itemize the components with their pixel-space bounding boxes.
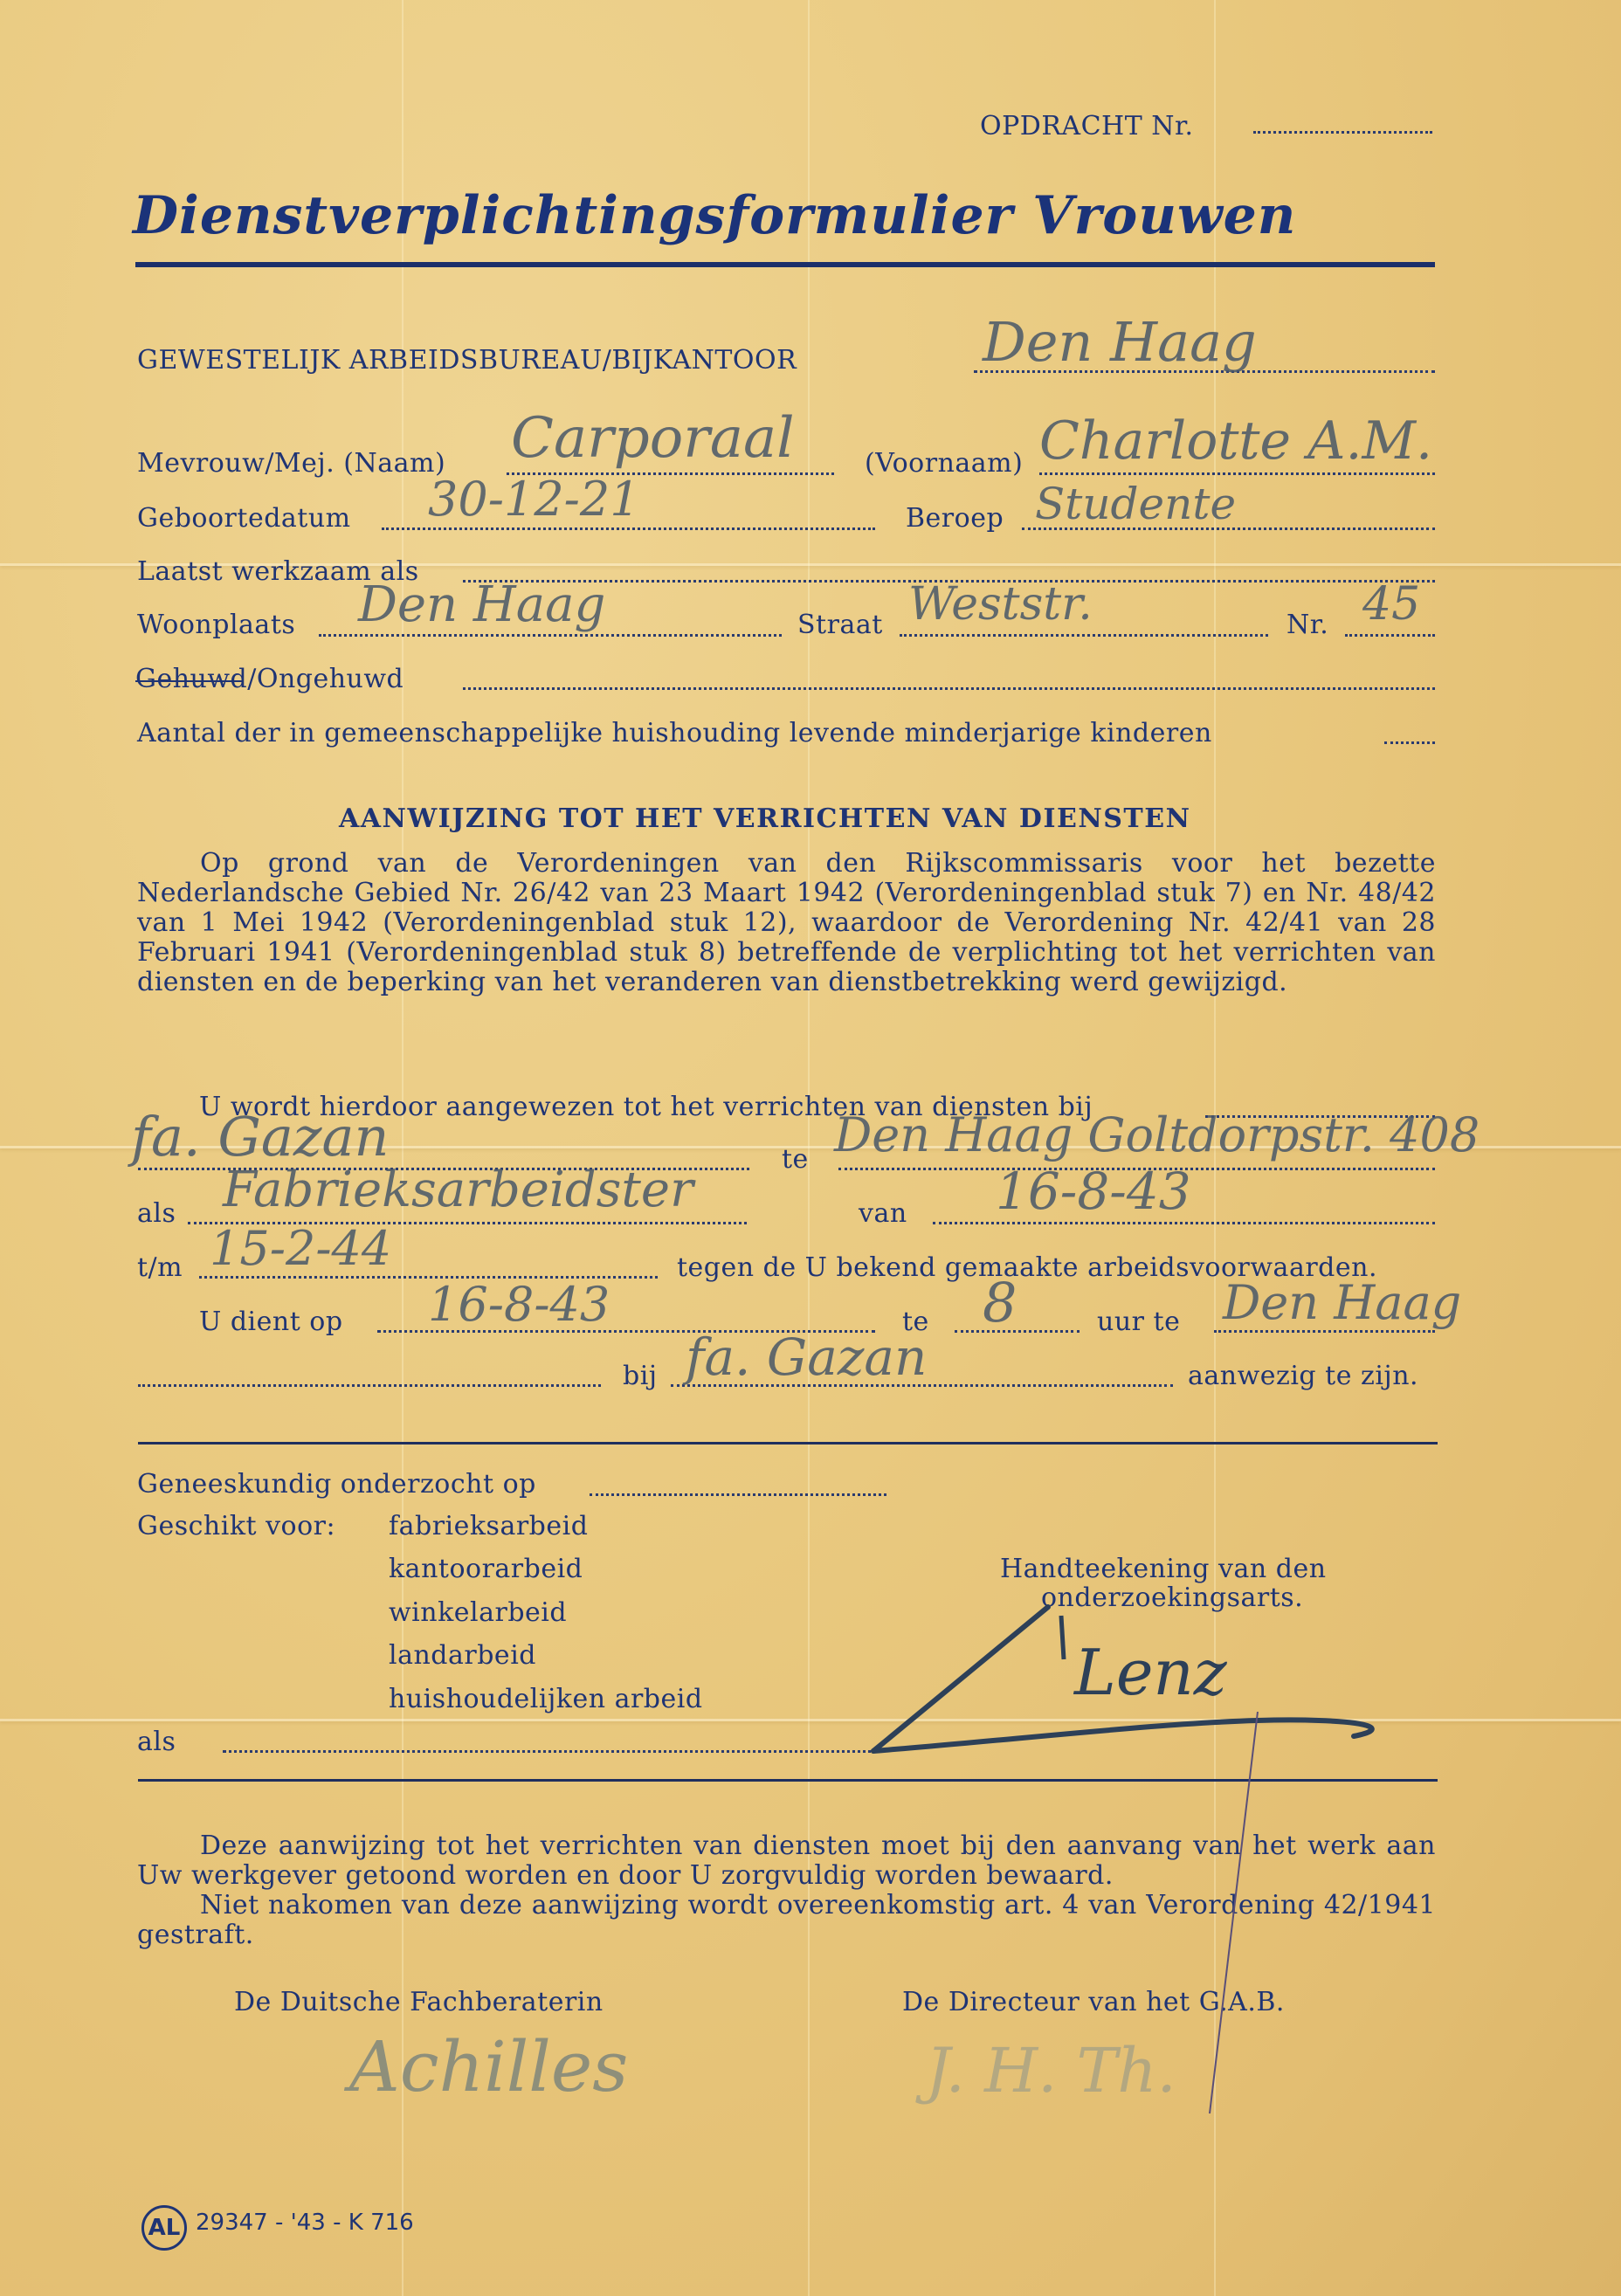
medical-date-field[interactable] <box>590 1493 886 1496</box>
suitable-option: landarbeid <box>389 1640 536 1671</box>
children-field[interactable] <box>1384 741 1435 744</box>
office-label: GEWESTELIJK ARBEIDSBUREAU/BIJKANTOOR <box>137 345 797 376</box>
printer-logo-icon: AL <box>141 2205 187 2251</box>
als2-label: als <box>137 1727 176 1757</box>
employer-value: fa. Gazan <box>131 1105 389 1169</box>
te-label: te <box>782 1144 809 1175</box>
medical-label: Geneeskundig onderzocht op <box>137 1469 536 1500</box>
marital-label: Gehuwd/Ongehuwd <box>135 664 404 694</box>
suitable-option: kantoorarbeid <box>389 1554 583 1584</box>
order-number-label: OPDRACHT Nr. <box>980 111 1194 141</box>
order-number-field[interactable] <box>1253 131 1432 134</box>
hour-field[interactable] <box>955 1330 1080 1333</box>
from-value: 16-8-43 <box>996 1162 1191 1221</box>
residence-value: Den Haag <box>358 576 605 633</box>
birthdate-value: 30-12-21 <box>428 472 640 527</box>
firstname-value: Charlotte A.M. <box>1039 410 1432 472</box>
children-label: Aantal der in gemeenschappelijke huishou… <box>137 718 1212 748</box>
report-employer-value: fa. Gazan <box>686 1327 927 1387</box>
signer-left-label: De Duitsche Fachberaterin <box>234 1987 604 2017</box>
marital-field[interactable] <box>463 687 1435 690</box>
section-heading: AANWIJZING TOT HET VERRICHTEN VAN DIENST… <box>339 803 1191 834</box>
present-label: aanwezig te zijn. <box>1188 1361 1418 1391</box>
form-title: Dienstverplichtingsformulier Vrouwen <box>133 185 1296 246</box>
suitable-option: fabrieksarbeid <box>389 1511 588 1541</box>
firstname-label: (Voornaam) <box>865 448 1023 479</box>
print-code: 29347 - '43 - K 716 <box>196 2210 414 2236</box>
from-field[interactable] <box>933 1222 1435 1224</box>
tm-label: t/m <box>137 1252 183 1283</box>
birthdate-label: Geboortedatum <box>137 503 351 534</box>
name-label: Mevrouw/Mej. (Naam) <box>137 448 445 479</box>
number-value: 45 <box>1362 578 1420 631</box>
pencil-mark <box>1205 1712 1275 2122</box>
report-label: U dient op <box>199 1307 343 1337</box>
role-value: Fabrieksarbeidster <box>223 1162 693 1218</box>
legal-paragraph: Op grond van de Verordeningen van den Ri… <box>137 849 1436 997</box>
office-value: Den Haag <box>983 310 1257 374</box>
residence-label: Woonplaats <box>137 610 295 640</box>
suitable-option: huishoudelijken arbeid <box>389 1684 703 1714</box>
bij-label: bij <box>623 1361 658 1391</box>
street-label: Straat <box>797 610 883 640</box>
signer-right-signature: J. H. Th. <box>926 2035 1176 2106</box>
residence-field[interactable] <box>319 634 782 637</box>
strikethrough-mark <box>135 680 242 682</box>
street-value: Weststr. <box>908 578 1093 631</box>
firstname-field[interactable] <box>1039 472 1435 475</box>
hour-value: 8 <box>983 1271 1017 1334</box>
name-value: Carporaal <box>511 406 795 471</box>
location-value: Den Haag Goltdorpstr. 408 <box>834 1107 1480 1162</box>
profession-value: Studente <box>1035 479 1236 529</box>
als2-field[interactable] <box>223 1750 878 1753</box>
van-label: van <box>859 1198 907 1229</box>
svg-text:Lenz: Lenz <box>1073 1636 1228 1709</box>
als-label: als <box>137 1198 176 1229</box>
suitable-label: Geschikt voor: <box>137 1511 335 1541</box>
report-extra-field[interactable] <box>138 1384 601 1387</box>
number-field[interactable] <box>1345 634 1435 637</box>
doctor-sig-label: Handteekening van den <box>1000 1554 1327 1584</box>
title-underline <box>135 262 1435 267</box>
hour-label: uur te <box>1097 1307 1180 1337</box>
suitable-option: winkelarbeid <box>389 1597 567 1628</box>
section-divider <box>138 1442 1438 1444</box>
profession-label: Beroep <box>906 503 1004 534</box>
birthdate-field[interactable] <box>382 527 875 530</box>
report-place-field[interactable] <box>1214 1330 1435 1333</box>
street-field[interactable] <box>900 634 1268 637</box>
number-label: Nr. <box>1286 610 1328 640</box>
report-place-value: Den Haag <box>1223 1275 1461 1330</box>
signer-left-signature: Achilles <box>349 2026 628 2107</box>
report-date-value: 16-8-43 <box>428 1277 610 1332</box>
until-value: 15-2-44 <box>210 1221 391 1276</box>
